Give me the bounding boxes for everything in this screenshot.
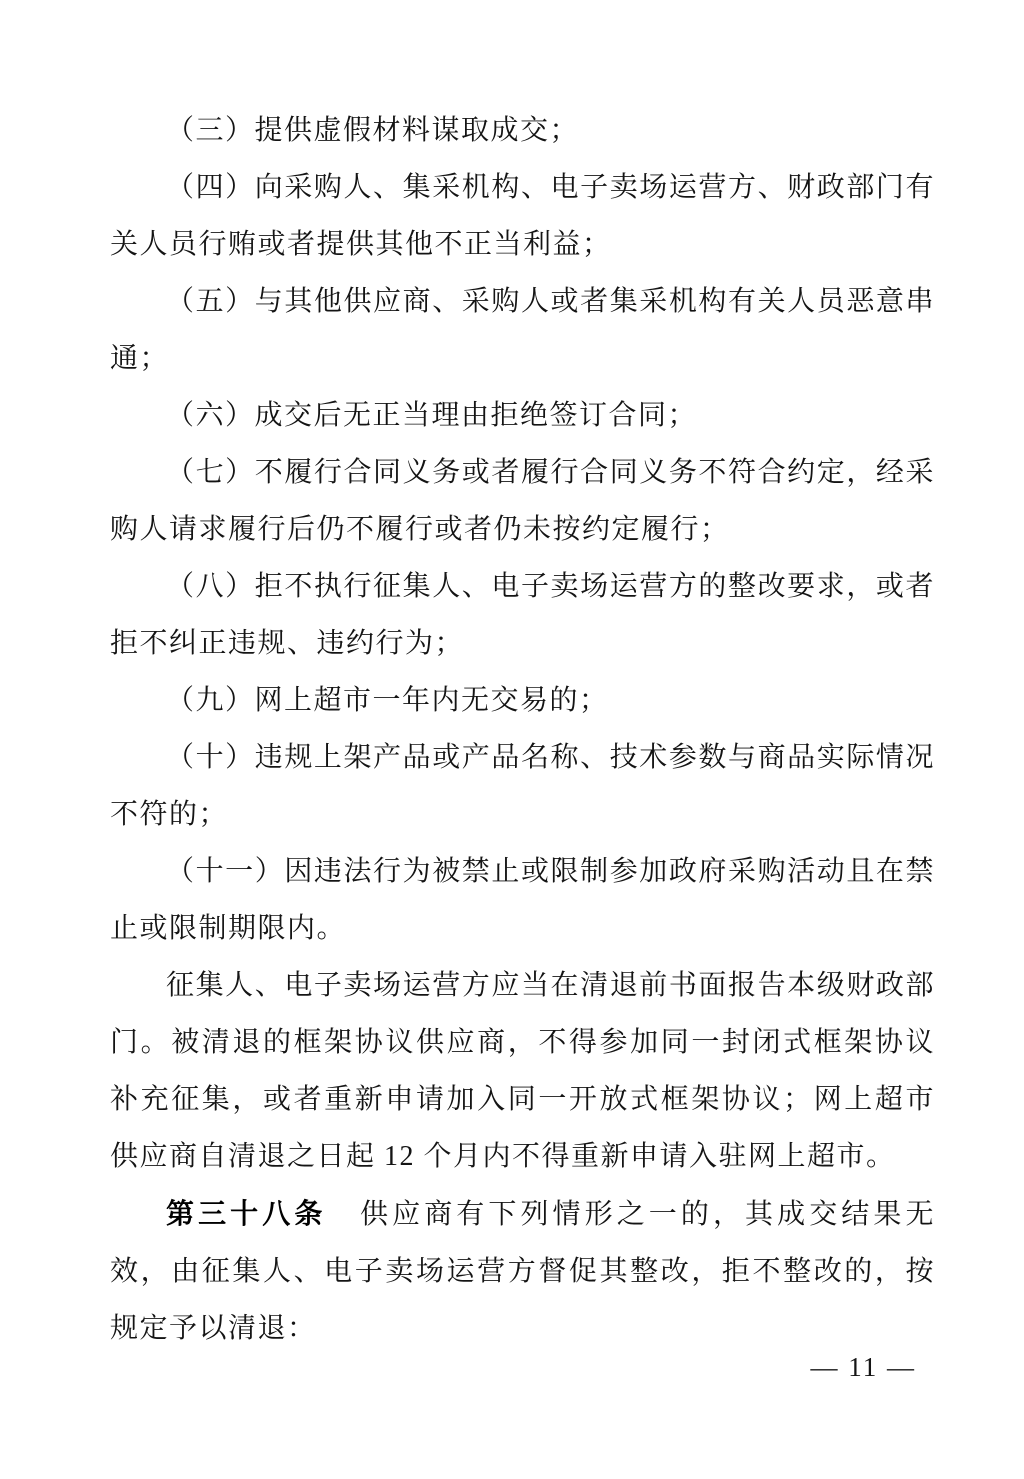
clause-paragraph-8: （八）拒不执行征集人、电子卖场运营方的整改要求，或者拒不纠正违规、违约行为； bbox=[110, 558, 935, 672]
clause-paragraph-6: （六）成交后无正当理由拒绝签订合同； bbox=[110, 387, 935, 444]
report-paragraph: 征集人、电子卖场运营方应当在清退前书面报告本级财政部门。被清退的框架协议供应商，… bbox=[110, 957, 935, 1185]
clause-paragraph-7: （七）不履行合同义务或者履行合同义务不符合约定，经采购人请求履行后仍不履行或者仍… bbox=[110, 444, 935, 558]
document-page: （三）提供虚假材料谋取成交； （四）向采购人、集采机构、电子卖场运营方、财政部门… bbox=[0, 0, 1024, 1479]
page-number: — 11 — bbox=[811, 1352, 917, 1383]
clause-paragraph-11: （十一）因违法行为被禁止或限制参加政府采购活动且在禁止或限制期限内。 bbox=[110, 843, 935, 957]
clause-paragraph-5: （五）与其他供应商、采购人或者集采机构有关人员恶意串通； bbox=[110, 273, 935, 387]
article-38-title: 第三十八条 bbox=[166, 1198, 326, 1229]
clause-paragraph-10: （十）违规上架产品或产品名称、技术参数与商品实际情况不符的； bbox=[110, 729, 935, 843]
clause-paragraph-4: （四）向采购人、集采机构、电子卖场运营方、财政部门有关人员行贿或者提供其他不正当… bbox=[110, 159, 935, 273]
clause-paragraph-9: （九）网上超市一年内无交易的； bbox=[110, 672, 935, 729]
clause-paragraph-3: （三）提供虚假材料谋取成交； bbox=[110, 102, 935, 159]
article-38-paragraph: 第三十八条供应商有下列情形之一的，其成交结果无效，由征集人、电子卖场运营方督促其… bbox=[110, 1185, 935, 1357]
